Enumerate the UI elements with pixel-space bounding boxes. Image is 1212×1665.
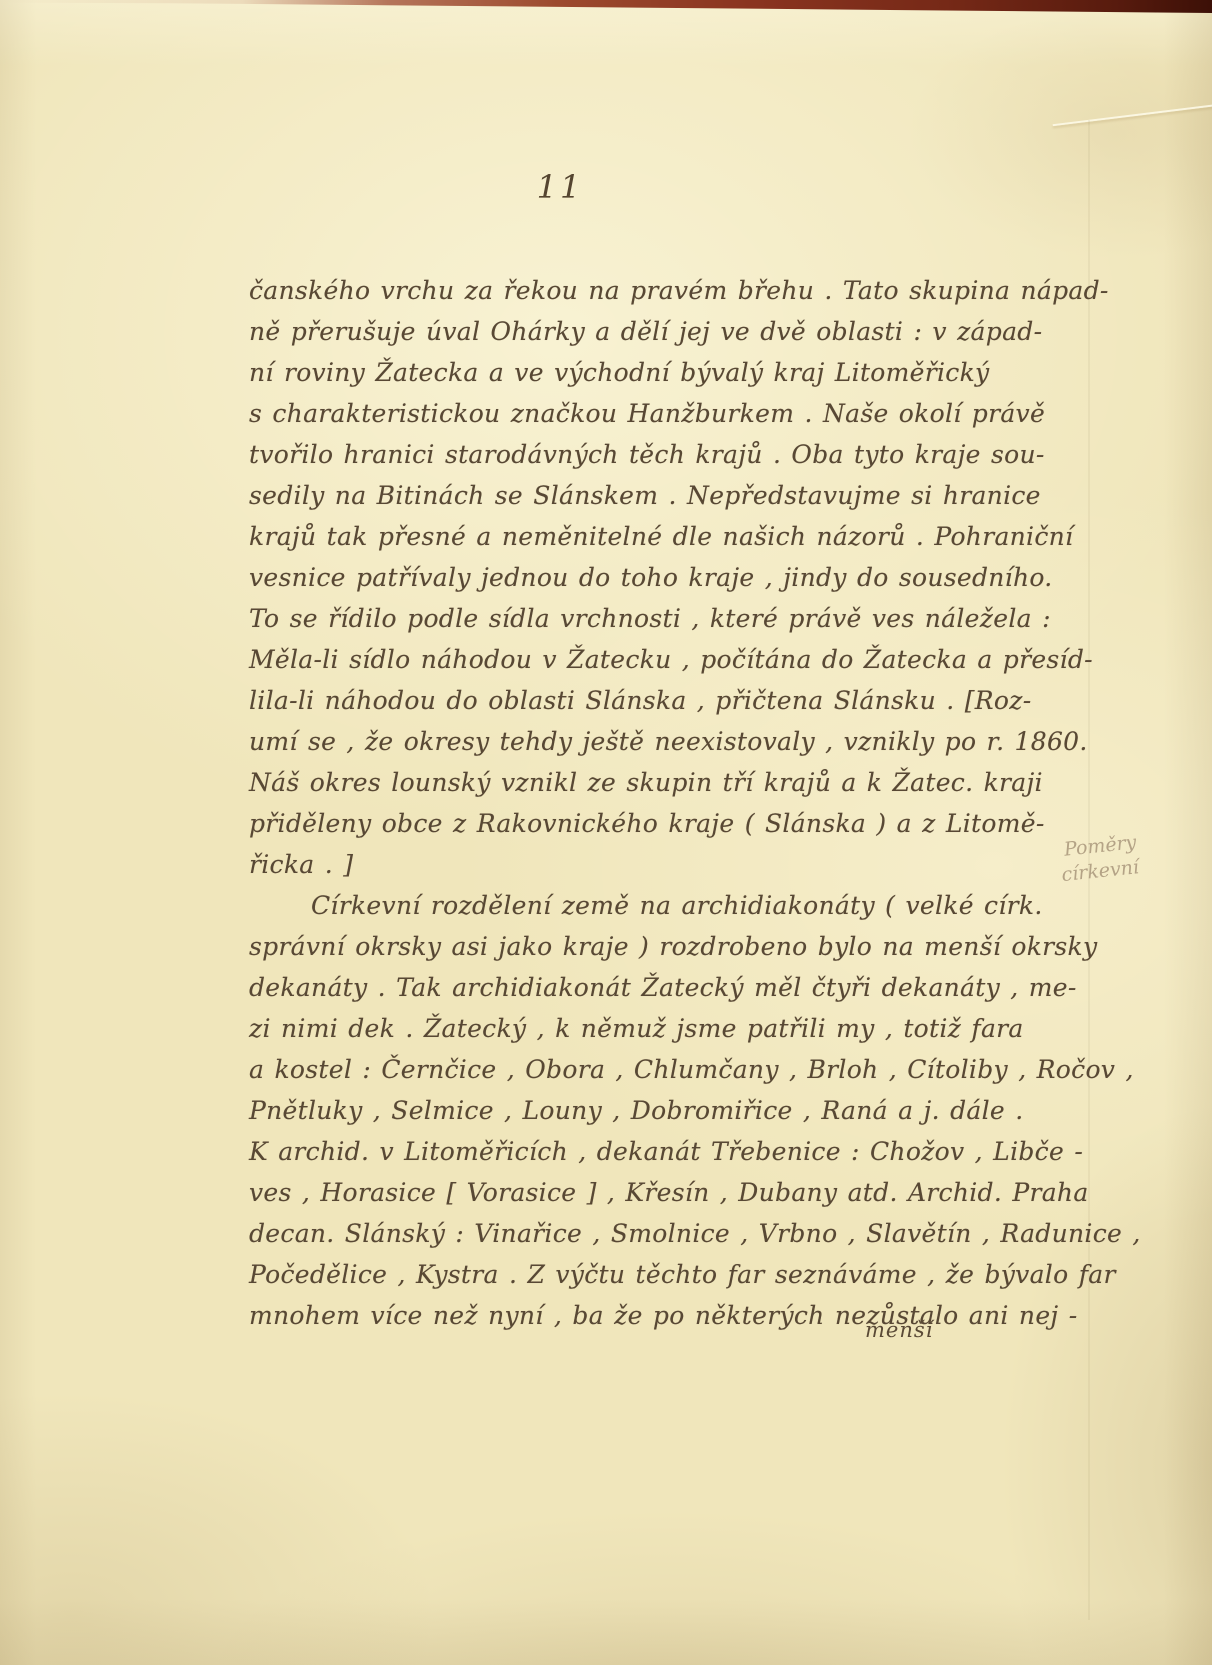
manuscript-line: ně přerušuje úval Ohárky a dělí jej ve d… [249, 311, 1031, 352]
manuscript-line: Pnětluky , Selmice , Louny , Dobromiřice… [249, 1090, 1031, 1131]
manuscript-line: Církevní rozdělení země na archidiakonát… [249, 885, 1031, 926]
manuscript-line: s charakteristickou značkou Hanžburkem .… [249, 393, 1031, 434]
manuscript-line: ní roviny Žatecka a ve východní bývalý k… [249, 352, 1031, 393]
manuscript-line: dekanáty . Tak archidiakonát Žatecký měl… [249, 967, 1031, 1008]
manuscript-line: lila-li náhodou do oblasti Slánska , při… [249, 680, 1031, 721]
manuscript-line: Náš okres lounský vznikl ze skupin tří k… [249, 762, 1031, 803]
manuscript-line: správní okrsky asi jako kraje ) rozdrobe… [249, 926, 1031, 967]
manuscript-text: čanského vrchu za řekou na pravém břehu … [249, 270, 1031, 1336]
manuscript-line: a kostel : Černčice , Obora , Chlumčany … [249, 1049, 1031, 1090]
manuscript-line: zi nimi dek . Žatecký , k němuž jsme pat… [249, 1008, 1031, 1049]
manuscript-line: To se řídilo podle sídla vrchnosti , kte… [249, 598, 1031, 639]
book-cover-edge [0, 0, 1212, 13]
paper-crease [1053, 100, 1212, 126]
manuscript-line: řicka . ] [249, 844, 1031, 885]
manuscript-line: přiděleny obce z Rakovnického kraje ( Sl… [249, 803, 1031, 844]
manuscript-line: decan. Slánský : Vinařice , Smolnice , V… [249, 1213, 1031, 1254]
manuscript-line: čanského vrchu za řekou na pravém břehu … [249, 270, 1031, 311]
page-number: 11 [530, 168, 590, 206]
catchword: menší [865, 1318, 933, 1342]
manuscript-line: tvořilo hranici starodávných těch krajů … [249, 434, 1031, 475]
manuscript-page: 11 čanského vrchu za řekou na pravém bře… [0, 0, 1212, 1665]
manuscript-line: sedily na Bitinách se Slánskem . Nepředs… [249, 475, 1031, 516]
manuscript-line: umí se , že okresy tehdy ještě neexistov… [249, 721, 1031, 762]
manuscript-line: K archid. v Litoměřicích , dekanát Třebe… [249, 1131, 1031, 1172]
manuscript-line: Měla-li sídlo náhodou v Žatecku , počítá… [249, 639, 1031, 680]
manuscript-line: vesnice patřívaly jednou do toho kraje ,… [249, 557, 1031, 598]
manuscript-line: ves , Horasice [ Vorasice ] , Křesín , D… [249, 1172, 1031, 1213]
manuscript-line: krajů tak přesné a neměnitelné dle našic… [249, 516, 1031, 557]
manuscript-line: Počedělice , Kystra . Z výčtu těchto far… [249, 1254, 1031, 1295]
